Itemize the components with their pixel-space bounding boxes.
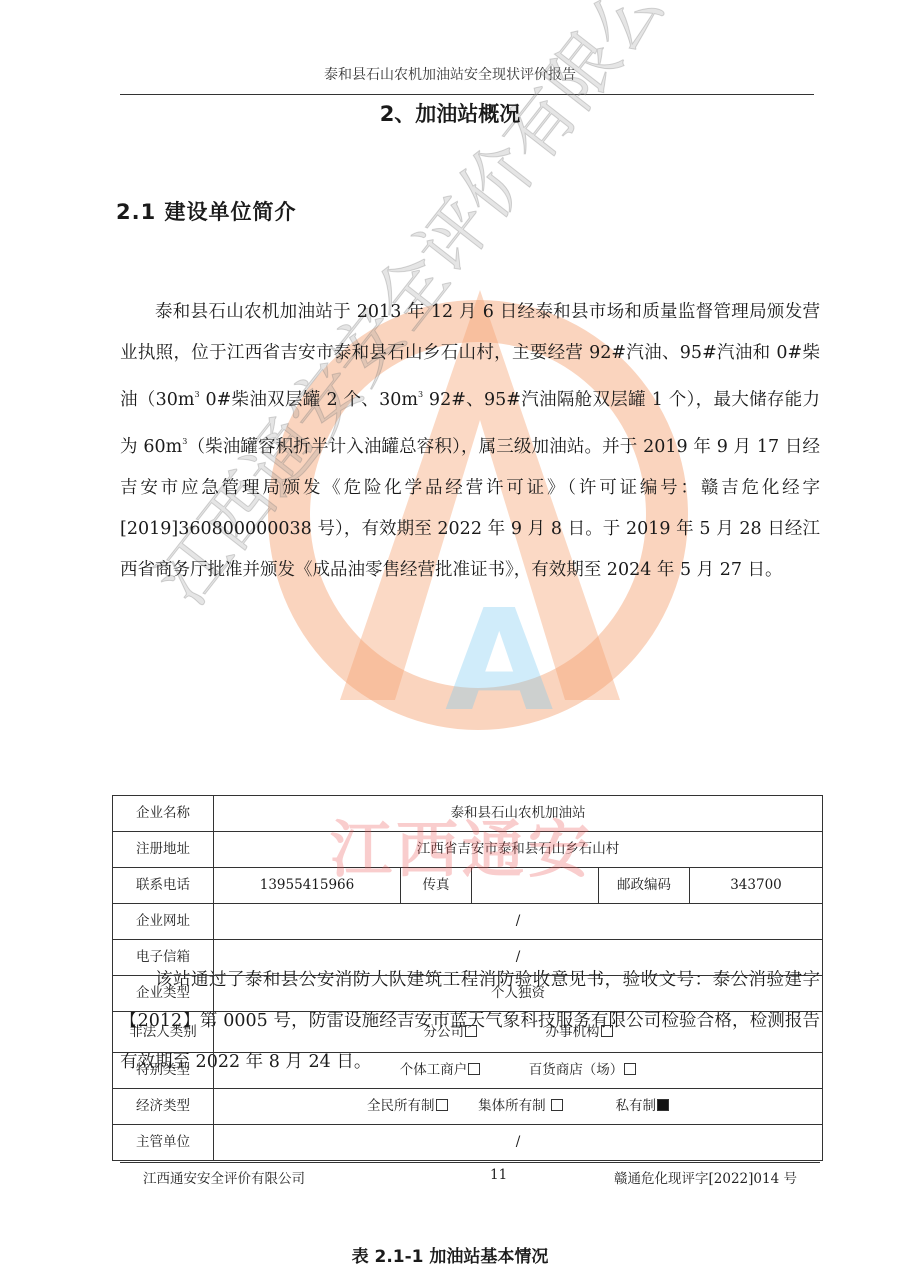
table-row: 企业类型 个人独资	[113, 976, 823, 1012]
option-label: 私有制	[615, 1098, 656, 1114]
table-row: 非法人类别 分公司 办事机构	[113, 1012, 823, 1053]
running-header: 泰和县石山农机加油站安全现状评价报告	[0, 64, 900, 84]
table-row: 联系电话 13955415966 传真 邮政编码 343700	[113, 868, 823, 904]
row-label: 非法人类别	[113, 1012, 214, 1053]
checkbox[interactable]	[551, 1099, 563, 1111]
chapter-title: 2、加油站概况	[0, 98, 900, 128]
row-options: 全民所有制 集体所有制 私有制	[214, 1089, 823, 1125]
checkbox-checked[interactable]	[657, 1099, 669, 1111]
phone-value: 13955415966	[214, 868, 401, 904]
fax-label: 传真	[401, 868, 472, 904]
watermark-blue-letter: A	[445, 580, 553, 743]
row-options: 分公司 办事机构	[214, 1012, 823, 1053]
table-caption: 表 2.1-1 加油站基本情况	[0, 1242, 900, 1267]
station-info-table: 企业名称 泰和县石山农机加油站 注册地址 江西省吉安市泰和县石山乡石山村 联系电…	[112, 795, 823, 1161]
table-row: 企业网址 /	[113, 904, 823, 940]
footer-divider	[120, 1162, 820, 1163]
row-label: 企业名称	[113, 796, 214, 832]
row-value: /	[214, 1125, 823, 1161]
option-label: 百货商店（场）	[529, 1062, 624, 1078]
footer-company: 江西通安安全评价有限公司	[143, 1167, 305, 1187]
option-label: 办事机构	[546, 1024, 600, 1040]
paragraph-text: 0#柴油双层罐 2 个、30m	[200, 390, 418, 410]
footer-page-number: 11	[490, 1167, 507, 1183]
body-paragraph-1: 泰和县石山农机加油站于 2013 年 12 月 6 日经泰和县市场和质量监督管理…	[120, 292, 820, 591]
table-row: 企业名称 泰和县石山农机加油站	[113, 796, 823, 832]
option-label: 分公司	[423, 1024, 464, 1040]
row-value: 泰和县石山农机加油站	[214, 796, 823, 832]
row-label: 主管单位	[113, 1125, 214, 1161]
header-divider	[120, 94, 814, 95]
table-row: 电子信箱 /	[113, 940, 823, 976]
paragraph-text: （柴油罐容积折半计入油罐总容积），属三级加油站。并于 2019 年 9 月 17…	[120, 437, 820, 580]
checkbox[interactable]	[436, 1099, 448, 1111]
row-label: 企业网址	[113, 904, 214, 940]
checkbox[interactable]	[465, 1025, 477, 1037]
row-label: 经济类型	[113, 1089, 214, 1125]
row-value: /	[214, 940, 823, 976]
document-page: A 江西通安安全评价有限公司 泰和县石山农机加油站安全现状评价报告 2、加油站概…	[0, 0, 900, 1272]
row-value: 个人独资	[214, 976, 823, 1012]
row-value: /	[214, 904, 823, 940]
option-label: 个体工商户	[400, 1062, 468, 1078]
row-label: 特别类型	[113, 1053, 214, 1089]
footer-doc-number: 赣通危化现评字[2022]014 号	[614, 1167, 797, 1187]
checkbox[interactable]	[624, 1063, 636, 1075]
table-row: 注册地址 江西省吉安市泰和县石山乡石山村	[113, 832, 823, 868]
checkbox[interactable]	[468, 1063, 480, 1075]
checkbox[interactable]	[601, 1025, 613, 1037]
option-label: 集体所有制	[478, 1098, 550, 1114]
table-row: 特别类型 个体工商户 百货商店（场）	[113, 1053, 823, 1089]
table-row: 主管单位 /	[113, 1125, 823, 1161]
row-options: 个体工商户 百货商店（场）	[214, 1053, 823, 1089]
section-title: 2.1 建设单位简介	[116, 196, 900, 226]
option-label: 全民所有制	[367, 1098, 435, 1114]
row-label: 联系电话	[113, 868, 214, 904]
row-label: 电子信箱	[113, 940, 214, 976]
postcode-value: 343700	[690, 868, 823, 904]
table-row: 经济类型 全民所有制 集体所有制 私有制	[113, 1089, 823, 1125]
row-label: 注册地址	[113, 832, 214, 868]
fax-value	[472, 868, 599, 904]
row-value: 江西省吉安市泰和县石山乡石山村	[214, 832, 823, 868]
postcode-label: 邮政编码	[599, 868, 690, 904]
row-label: 企业类型	[113, 976, 214, 1012]
